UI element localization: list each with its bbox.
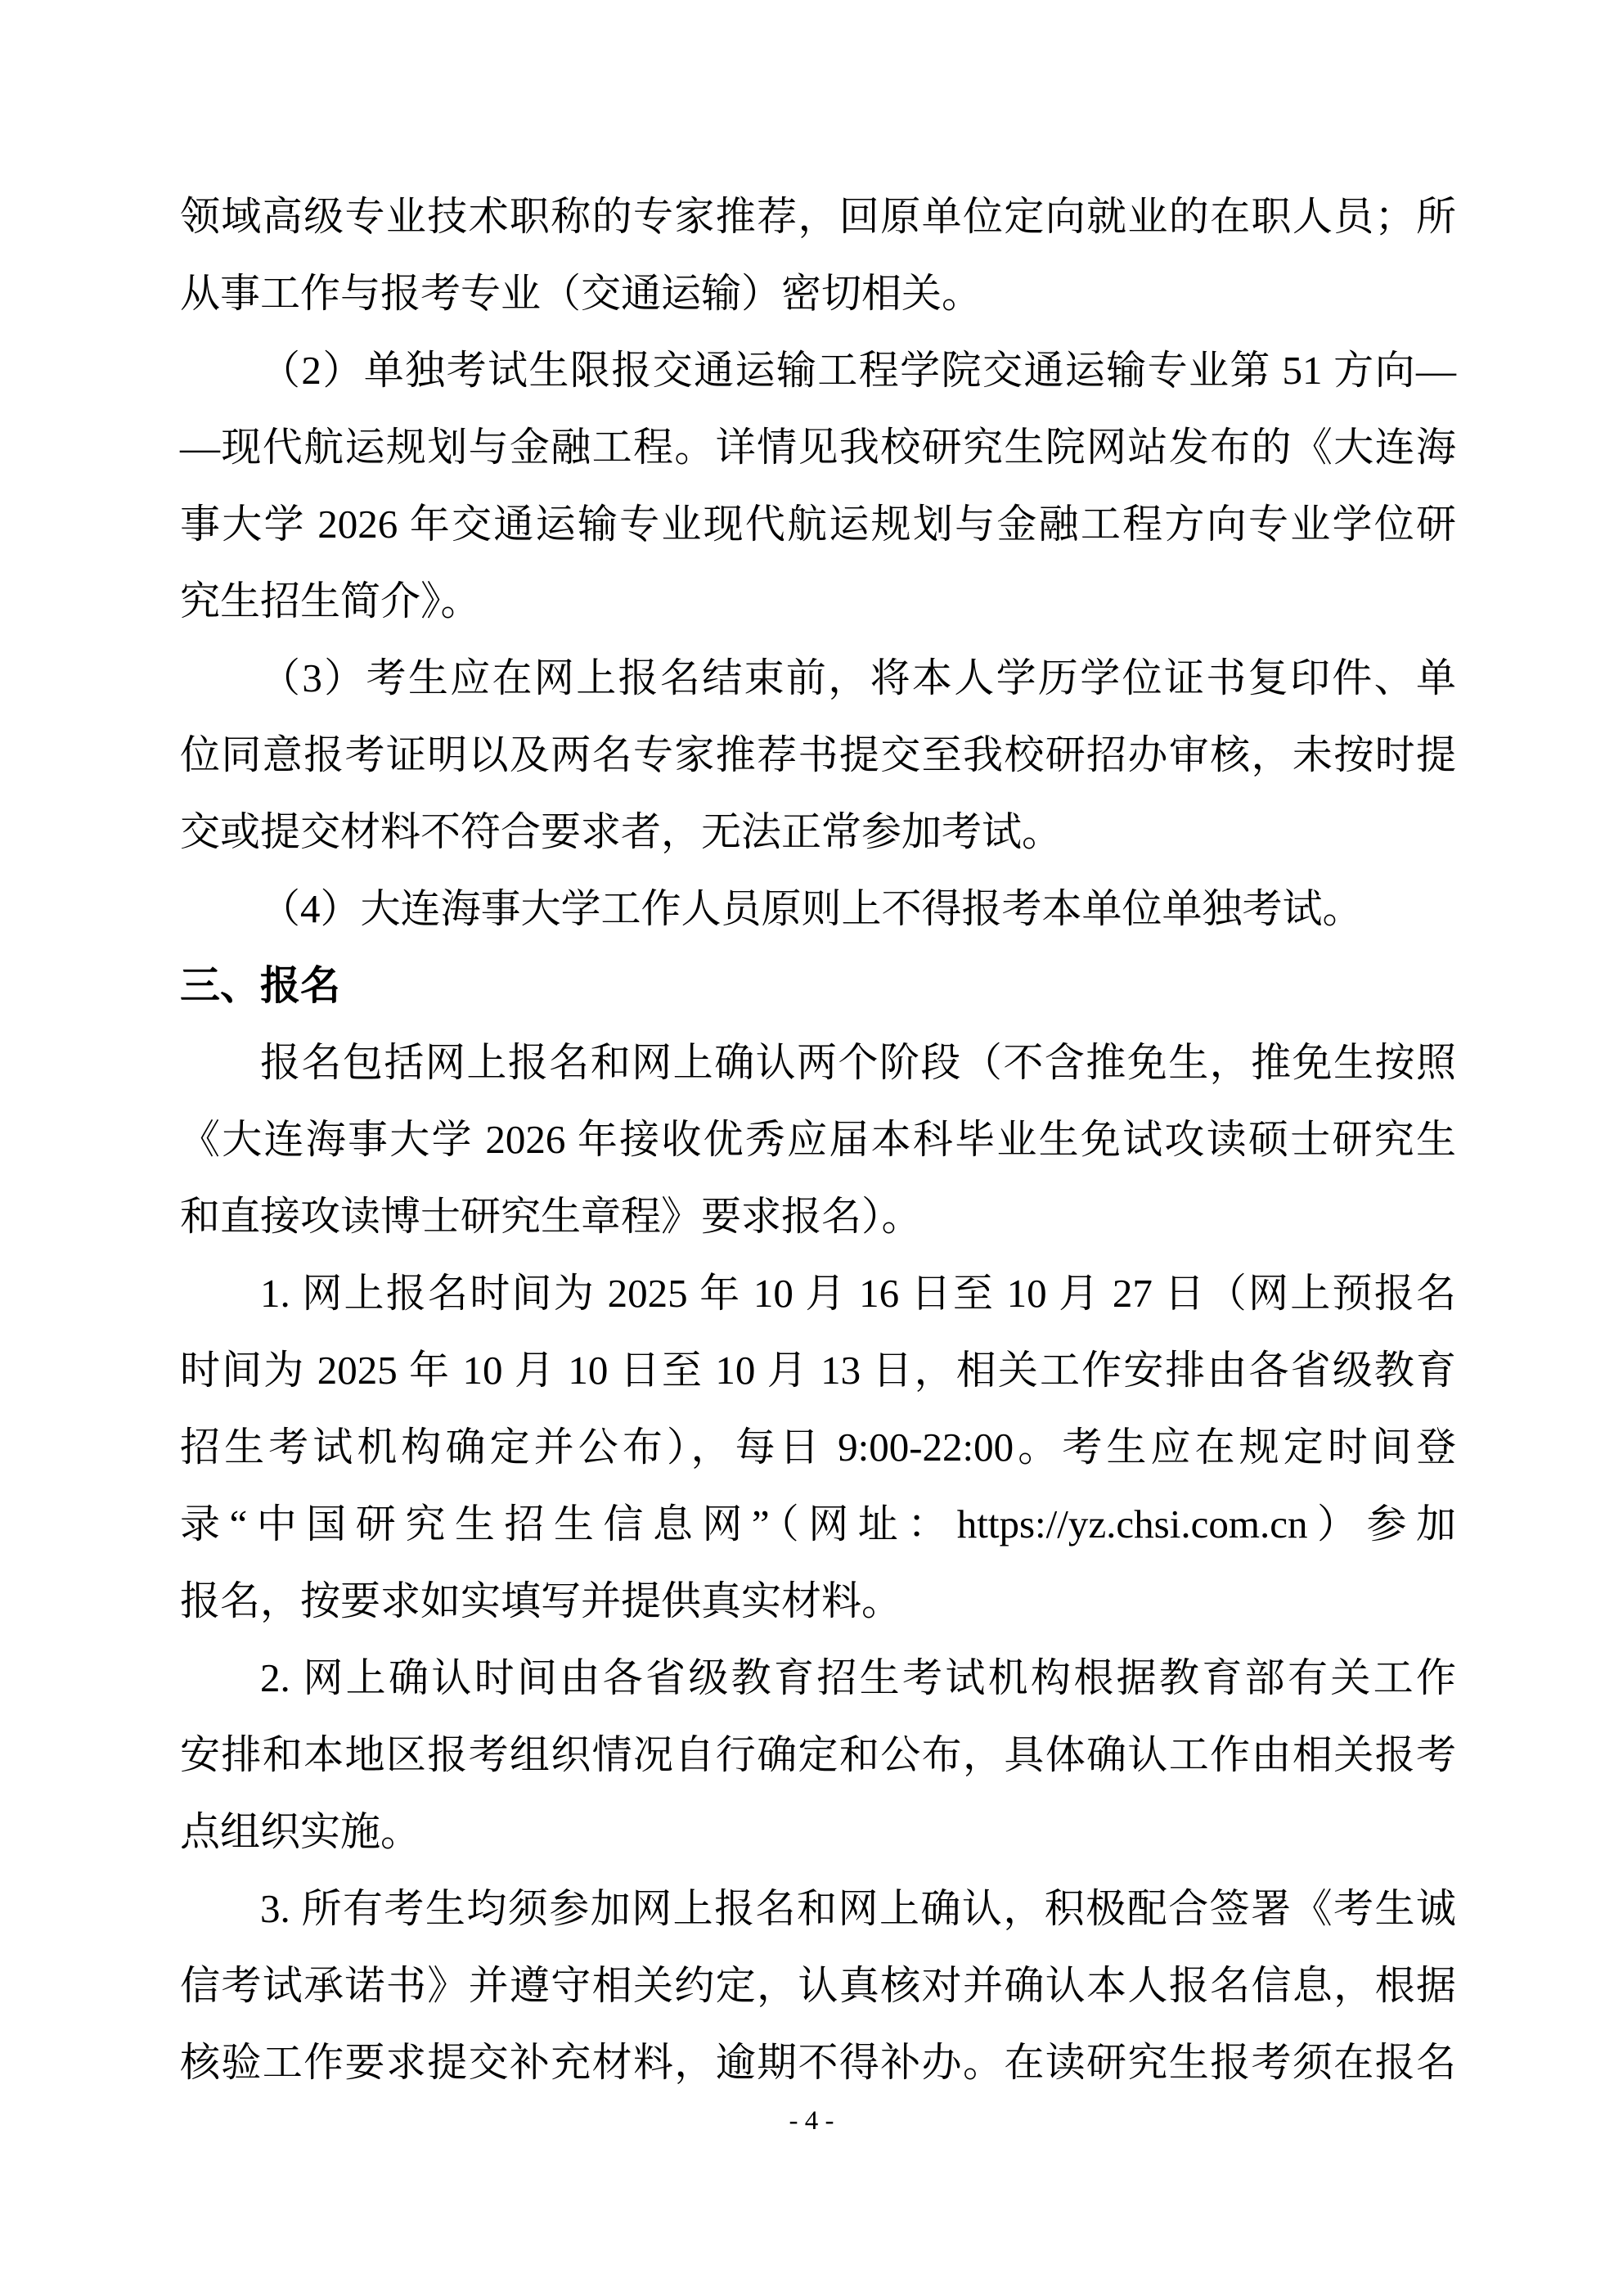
text-line: （3）考生应在网上报名结束前，将本人学历学位证书复印件、单 xyxy=(180,640,1456,717)
text-line: 报名，按要求如实填写并提供真实材料。 xyxy=(180,1563,1456,1640)
text-line: （4）大连海事大学工作人员原则上不得报考本单位单独考试。 xyxy=(180,871,1456,948)
text-line: 点组织实施。 xyxy=(180,1794,1456,1871)
text-line: 领域高级专业技术职称的专家推荐，回原单位定向就业的在职人员；所 xyxy=(180,178,1456,255)
document-body: 领域高级专业技术职称的专家推荐，回原单位定向就业的在职人员；所从事工作与报考专业… xyxy=(180,178,1456,2101)
text-line: （2）单独考试生限报交通运输工程学院交通运输专业第 51 方向— xyxy=(180,332,1456,409)
text-line: 时间为 2025 年 10 月 10 日至 10 月 13 日，相关工作安排由各… xyxy=(180,1332,1456,1409)
text-line: 报名包括网上报名和网上确认两个阶段（不含推免生，推免生按照 xyxy=(180,1024,1456,1101)
text-line: 事大学 2026 年交通运输专业现代航运规划与金融工程方向专业学位研 xyxy=(180,486,1456,563)
text-line: 位同意报考证明以及两名专家推荐书提交至我校研招办审核，未按时提 xyxy=(180,717,1456,794)
text-line: 1. 网上报名时间为 2025 年 10 月 16 日至 10 月 27 日（网… xyxy=(180,1255,1456,1332)
text-line: 2. 网上确认时间由各省级教育招生考试机构根据教育部有关工作 xyxy=(180,1640,1456,1717)
text-line: 录“中国研究生招生信息网”（网址：https://yz.chsi.com.cn）… xyxy=(180,1486,1456,1563)
text-line: 招生考试机构确定并公布），每日 9:00-22:00。考生应在规定时间登 xyxy=(180,1409,1456,1486)
text-line: —现代航运规划与金融工程。详情见我校研究生院网站发布的《大连海 xyxy=(180,409,1456,486)
text-line: 《大连海事大学 2026 年接收优秀应届本科毕业生免试攻读硕士研究生 xyxy=(180,1101,1456,1178)
text-line: 究生招生简介》。 xyxy=(180,563,1456,640)
document-page: 领域高级专业技术职称的专家推荐，回原单位定向就业的在职人员；所从事工作与报考专业… xyxy=(0,0,1623,2296)
text-line: 3. 所有考生均须参加网上报名和网上确认，积极配合签署《考生诚 xyxy=(180,1871,1456,1947)
section-heading: 三、报名 xyxy=(180,948,1456,1024)
text-line: 从事工作与报考专业（交通运输）密切相关。 xyxy=(180,255,1456,332)
text-line: 安排和本地区报考组织情况自行确定和公布，具体确认工作由相关报考 xyxy=(180,1717,1456,1794)
text-line: 交或提交材料不符合要求者，无法正常参加考试。 xyxy=(180,794,1456,871)
page-number: - 4 - xyxy=(0,2105,1623,2137)
text-line: 和直接攻读博士研究生章程》要求报名）。 xyxy=(180,1178,1456,1255)
text-line: 核验工作要求提交补充材料，逾期不得补办。在读研究生报考须在报名 xyxy=(180,2024,1456,2101)
text-line: 信考试承诺书》并遵守相关约定，认真核对并确认本人报名信息，根据 xyxy=(180,1947,1456,2024)
